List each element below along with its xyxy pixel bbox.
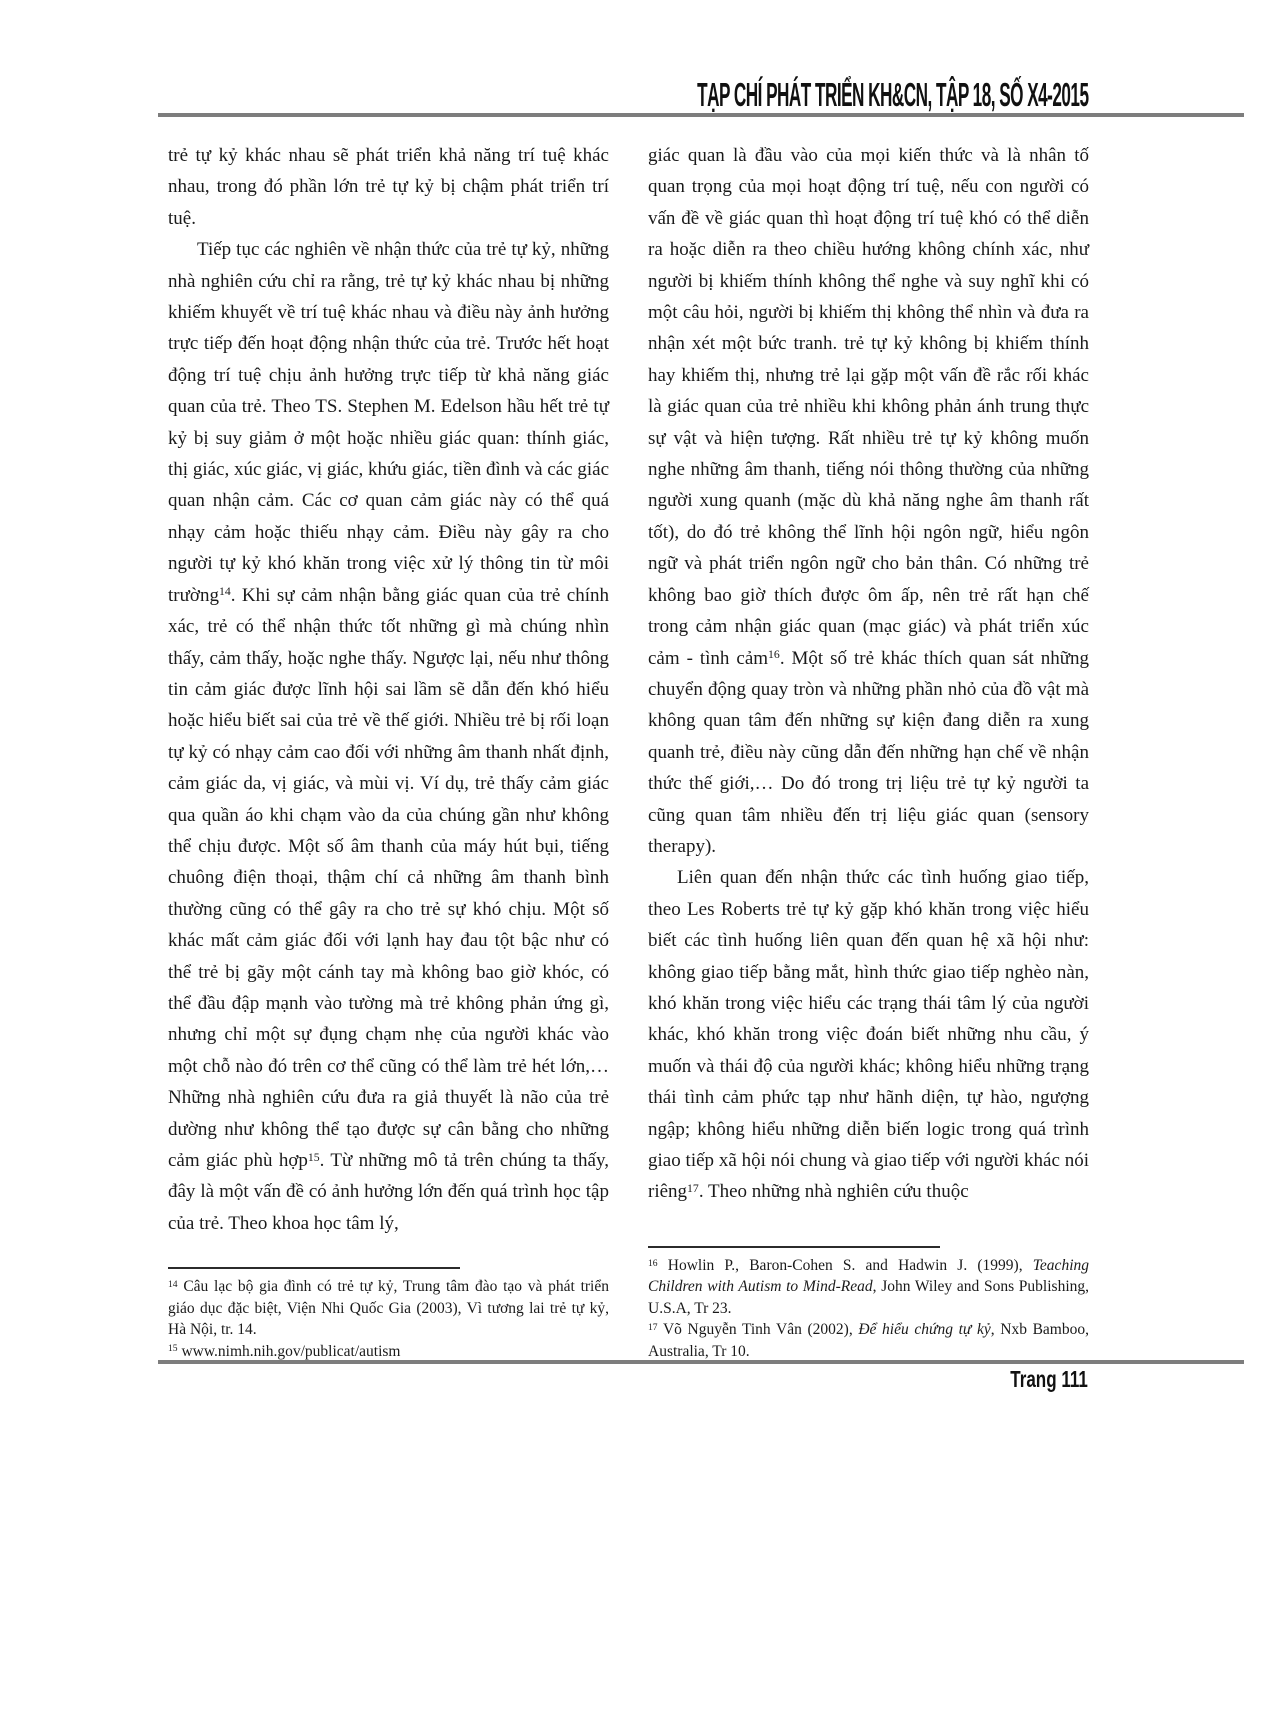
left-footnotes: 14 Câu lạc bộ gia đình có trẻ tự kỷ, Tru… — [168, 1267, 609, 1362]
body-paragraph: Liên quan đến nhận thức các tình huống g… — [648, 862, 1089, 1207]
right-footnotes: 16 Howlin P., Baron-Cohen S. and Hadwin … — [648, 1246, 1089, 1362]
footer-rule — [158, 1360, 1244, 1364]
footnote-17: 17 Võ Nguyễn Tinh Vân (2002), Để hiểu ch… — [648, 1319, 1089, 1362]
footnote-separator — [168, 1267, 460, 1269]
journal-page: TẠP CHÍ PHÁT TRIỂN KH&CN, TẬP 18, SỐ X4-… — [0, 0, 1274, 1712]
left-column: trẻ tự kỷ khác nhau sẽ phát triển khả nă… — [168, 140, 609, 1362]
body-paragraph: trẻ tự kỷ khác nhau sẽ phát triển khả nă… — [168, 140, 609, 234]
page-number: Trang 111 — [1010, 1366, 1088, 1393]
footnote-16: 16 Howlin P., Baron-Cohen S. and Hadwin … — [648, 1255, 1089, 1319]
footnote-separator — [648, 1246, 940, 1248]
journal-header-title: TẠP CHÍ PHÁT TRIỂN KH&CN, TẬP 18, SỐ X4-… — [697, 76, 1088, 114]
body-paragraph: Tiếp tục các nghiên về nhận thức của trẻ… — [168, 234, 609, 1239]
footnote-14: 14 Câu lạc bộ gia đình có trẻ tự kỷ, Tru… — [168, 1276, 609, 1340]
header-rule — [158, 113, 1244, 117]
body-paragraph: giác quan là đầu vào của mọi kiến thức v… — [648, 140, 1089, 862]
footnote-15: 15 www.nimh.nih.gov/publicat/autism — [168, 1341, 609, 1362]
right-column: giác quan là đầu vào của mọi kiến thức v… — [648, 140, 1089, 1362]
